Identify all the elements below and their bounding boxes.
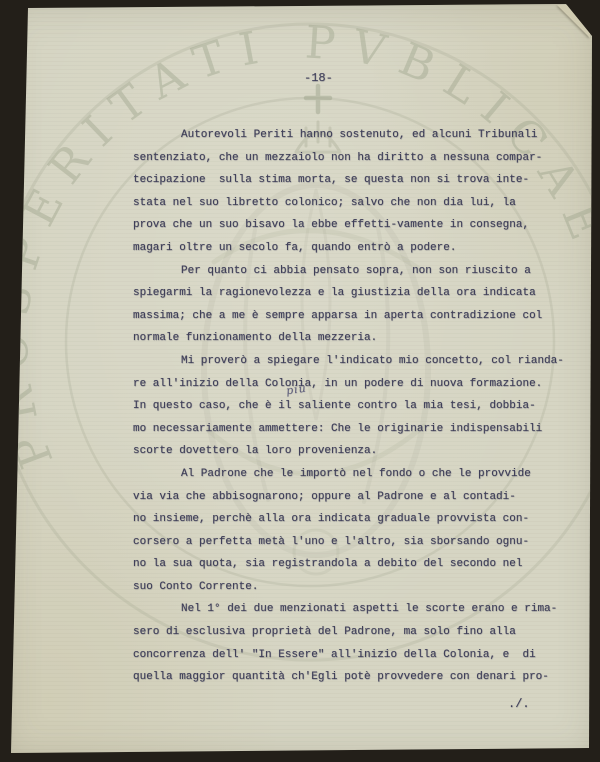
typewritten-line: quella maggior quantità ch'Egli potè pro… [133,666,573,689]
typewritten-line: Nel 1° dei due menzionati aspetti le sco… [133,598,573,621]
page-number: -18- [304,71,333,85]
corner-fold [557,5,590,38]
typewritten-line: Al Padrone che le importò nel fondo o ch… [133,463,573,486]
continuation-mark: ./. [508,697,530,711]
typewritten-line: no la sua quota, sia registrandola a deb… [133,553,573,576]
typewritten-line: magari oltre un secolo fa, quando entrò … [133,237,573,260]
typewritten-line: prova che un suo bisavo la ebbe effetti-… [133,214,573,237]
typewritten-line: mo necessariamente ammettere: Che le ori… [133,418,573,441]
scanned-document: PROSPERITATI PVBLICAE -18- Autorevoli Pe… [0,0,600,762]
typewritten-line: sentenziato, che un mezzaiolo non ha dir… [133,147,573,170]
typewritten-line: stata nel suo libretto colonico; salvo c… [133,192,573,215]
typewritten-line: suo Conto Corrente. [133,576,573,599]
typewritten-line: In questo caso, che è il saliente contro… [133,395,573,418]
paper-sheet: PROSPERITATI PVBLICAE -18- Autorevoli Pe… [0,0,600,762]
typewritten-line: massima; che a me è sempre apparsa in ap… [133,305,573,328]
typewritten-line: re all'inizio della Colonia, in un poder… [133,373,573,396]
typewritten-line: Per quanto ci abbia pensato sopra, non s… [133,260,573,283]
typewritten-line: Autorevoli Periti hanno sostenuto, ed al… [133,124,573,147]
typewritten-line: no insieme, perchè alla ora indicata gra… [133,508,573,531]
typewritten-line: via via che abbisognarono; oppure al Pad… [133,486,573,509]
typewritten-text-block: Autorevoli Periti hanno sostenuto, ed al… [133,124,573,689]
typewritten-line: sero di esclusiva proprietà del Padrone,… [133,621,573,644]
typewritten-line: normale funzionamento della mezzeria. [133,327,573,350]
typewritten-line: spiegarmi la ragionevolezza e la giustiz… [133,282,573,305]
typewritten-line: Mi proverò a spiegare l'indicato mio con… [133,350,573,373]
typewritten-line: tecipazione sulla stima morta, se questa… [133,169,573,192]
typewritten-line: corsero a perfetta metà l'uno e l'altro,… [133,531,573,554]
typewritten-line: concorrenza dell' "In Essere" all'inizio… [133,644,573,667]
typewritten-line: scorte dovettero la loro provenienza. [133,440,573,463]
